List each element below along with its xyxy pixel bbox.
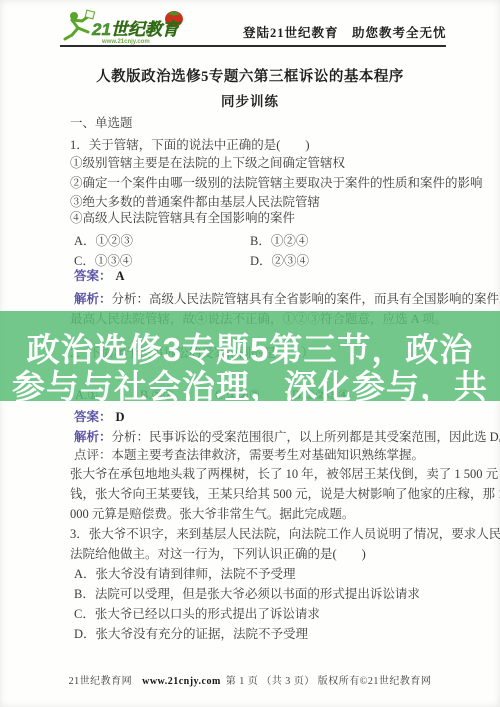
- header-logo: 21世纪教育 www.21cnjy.com: [62, 8, 192, 46]
- page-footer: 21世纪教育网www.21cnjy.com第 1 页 （共 3 页） 版权所有©…: [0, 672, 500, 687]
- doc-subtitle: 同步训练: [0, 90, 500, 110]
- q1-option-d: D．②③④: [250, 254, 309, 268]
- banner-title-line2: 参与与社会治理，深化参与，共: [0, 361, 500, 408]
- q2-comment-line: 点评：本题主要考查法律救济，需要考生对基础知识熟练掌握。: [74, 448, 424, 462]
- q1-analysis-text1: 分析：高级人民法院管辖具有全省影响的案件，而具有全国影响的案件由: [112, 292, 500, 306]
- q2-comment-text: 本题主要考查法律救济，需要考生对基础知识熟练掌握。: [112, 448, 425, 462]
- q2-analysis-text: 分析：民事诉讼的受案范围很广，以上所列都是其受案范围，因此选 D。: [112, 430, 500, 444]
- q3-option-b: B．法院可以受理，但是张大爷必须以书面的形式提出诉讼请求: [74, 587, 420, 601]
- passage-line-1: 张大爷在承包地地头栽了两棵树，长了 10 年，被邻居王某伐倒，卖了 1 500 …: [70, 467, 498, 481]
- q1-option-a: A．①②③: [74, 234, 133, 248]
- q3-stem-line2: 法院给他做主。对这一行为，下列认识正确的是( ): [70, 547, 366, 561]
- q1-analysis-line1: 解析：分析：高级人民法院管辖具有全省影响的案件，而具有全国影响的案件由: [74, 292, 500, 306]
- q1-analysis-label: 解析：: [74, 292, 112, 306]
- passage-line-3: 000 元算是赔偿费。张大爷非常生气。据此完成题。: [70, 507, 354, 521]
- q3-stem-line1: 3．张大爷不识字，来到基层人民法院，向法院工作人员说明了情况，要求人民: [70, 527, 500, 541]
- q3-option-c: C．张大爷已经以口头的形式提出了诉讼请求: [74, 607, 320, 621]
- q1-option-b: B．①②④: [250, 234, 308, 248]
- footer-page-info: 第 1 页 （共 3 页） 版权所有©21世纪教育网: [226, 676, 432, 687]
- q1-answer-row: 答案：A: [74, 269, 125, 283]
- q1-item-3: ③绝大多数的普通案件都由基层人民法院管辖: [70, 195, 320, 209]
- q2-comment-label: 点评：: [74, 448, 112, 462]
- header-slogan: 登陆21世纪教育 助您教考全无忧: [243, 23, 453, 41]
- doc-title: 人教版政治选修5专题六第三框诉讼的基本程序: [0, 65, 500, 86]
- footer-site-url: www.21cnjy.com: [142, 676, 221, 687]
- q1-answer-label: 答案：: [74, 269, 112, 283]
- q1-option-c: C．①③④: [74, 254, 132, 268]
- q2-answer-row: 答案：D: [74, 410, 125, 424]
- document-page: 21世纪教育 www.21cnjy.com 登陆21世纪教育 助您教考全无忧 人…: [0, 0, 500, 707]
- footer-site-name: 21世纪教育网: [69, 676, 133, 687]
- q2-answer-value: D: [116, 410, 125, 424]
- q1-stem: 1．关于管辖，下面的说法中正确的是( ): [70, 138, 310, 152]
- q3-option-d: D．张大爷没有充分的证据，法院不予受理: [74, 627, 308, 641]
- section-heading: 一、单选题: [70, 116, 133, 130]
- q1-item-1: ①级别管辖主要是在法院的上下级之间确定管辖权: [70, 156, 345, 170]
- q3-option-a: A．张大爷没有请到律师，法院不予受理: [74, 567, 296, 581]
- q1-item-2: ②确定一个案件由哪一级别的法院管辖主要取决于案件的性质和案件的影响: [70, 176, 483, 190]
- brand-logo-graphic: 21世纪教育 www.21cnjy.com: [62, 8, 192, 46]
- paper-icon: [85, 10, 94, 19]
- q1-item-4: ④高级人民法院管辖具有全国影响的案件: [70, 211, 295, 225]
- header-divider: [60, 45, 446, 47]
- passage-line-2: 钱，张大爷向王某要钱，王某只给其 500 元，说是大树影响了他家的庄稼，那 1: [70, 487, 500, 501]
- q2-analysis-label: 解析：: [74, 430, 112, 444]
- q1-answer-value: A: [116, 269, 125, 283]
- watermark-banner: 政治选修3专题5第三节，政治 参与与社会治理，深化参与，共: [0, 311, 500, 401]
- q2-analysis-line: 解析：分析：民事诉讼的受案范围很广，以上所列都是其受案范围，因此选 D。: [74, 430, 500, 444]
- brand-text: 21世纪教育: [91, 20, 182, 39]
- q2-answer-label: 答案：: [74, 410, 112, 424]
